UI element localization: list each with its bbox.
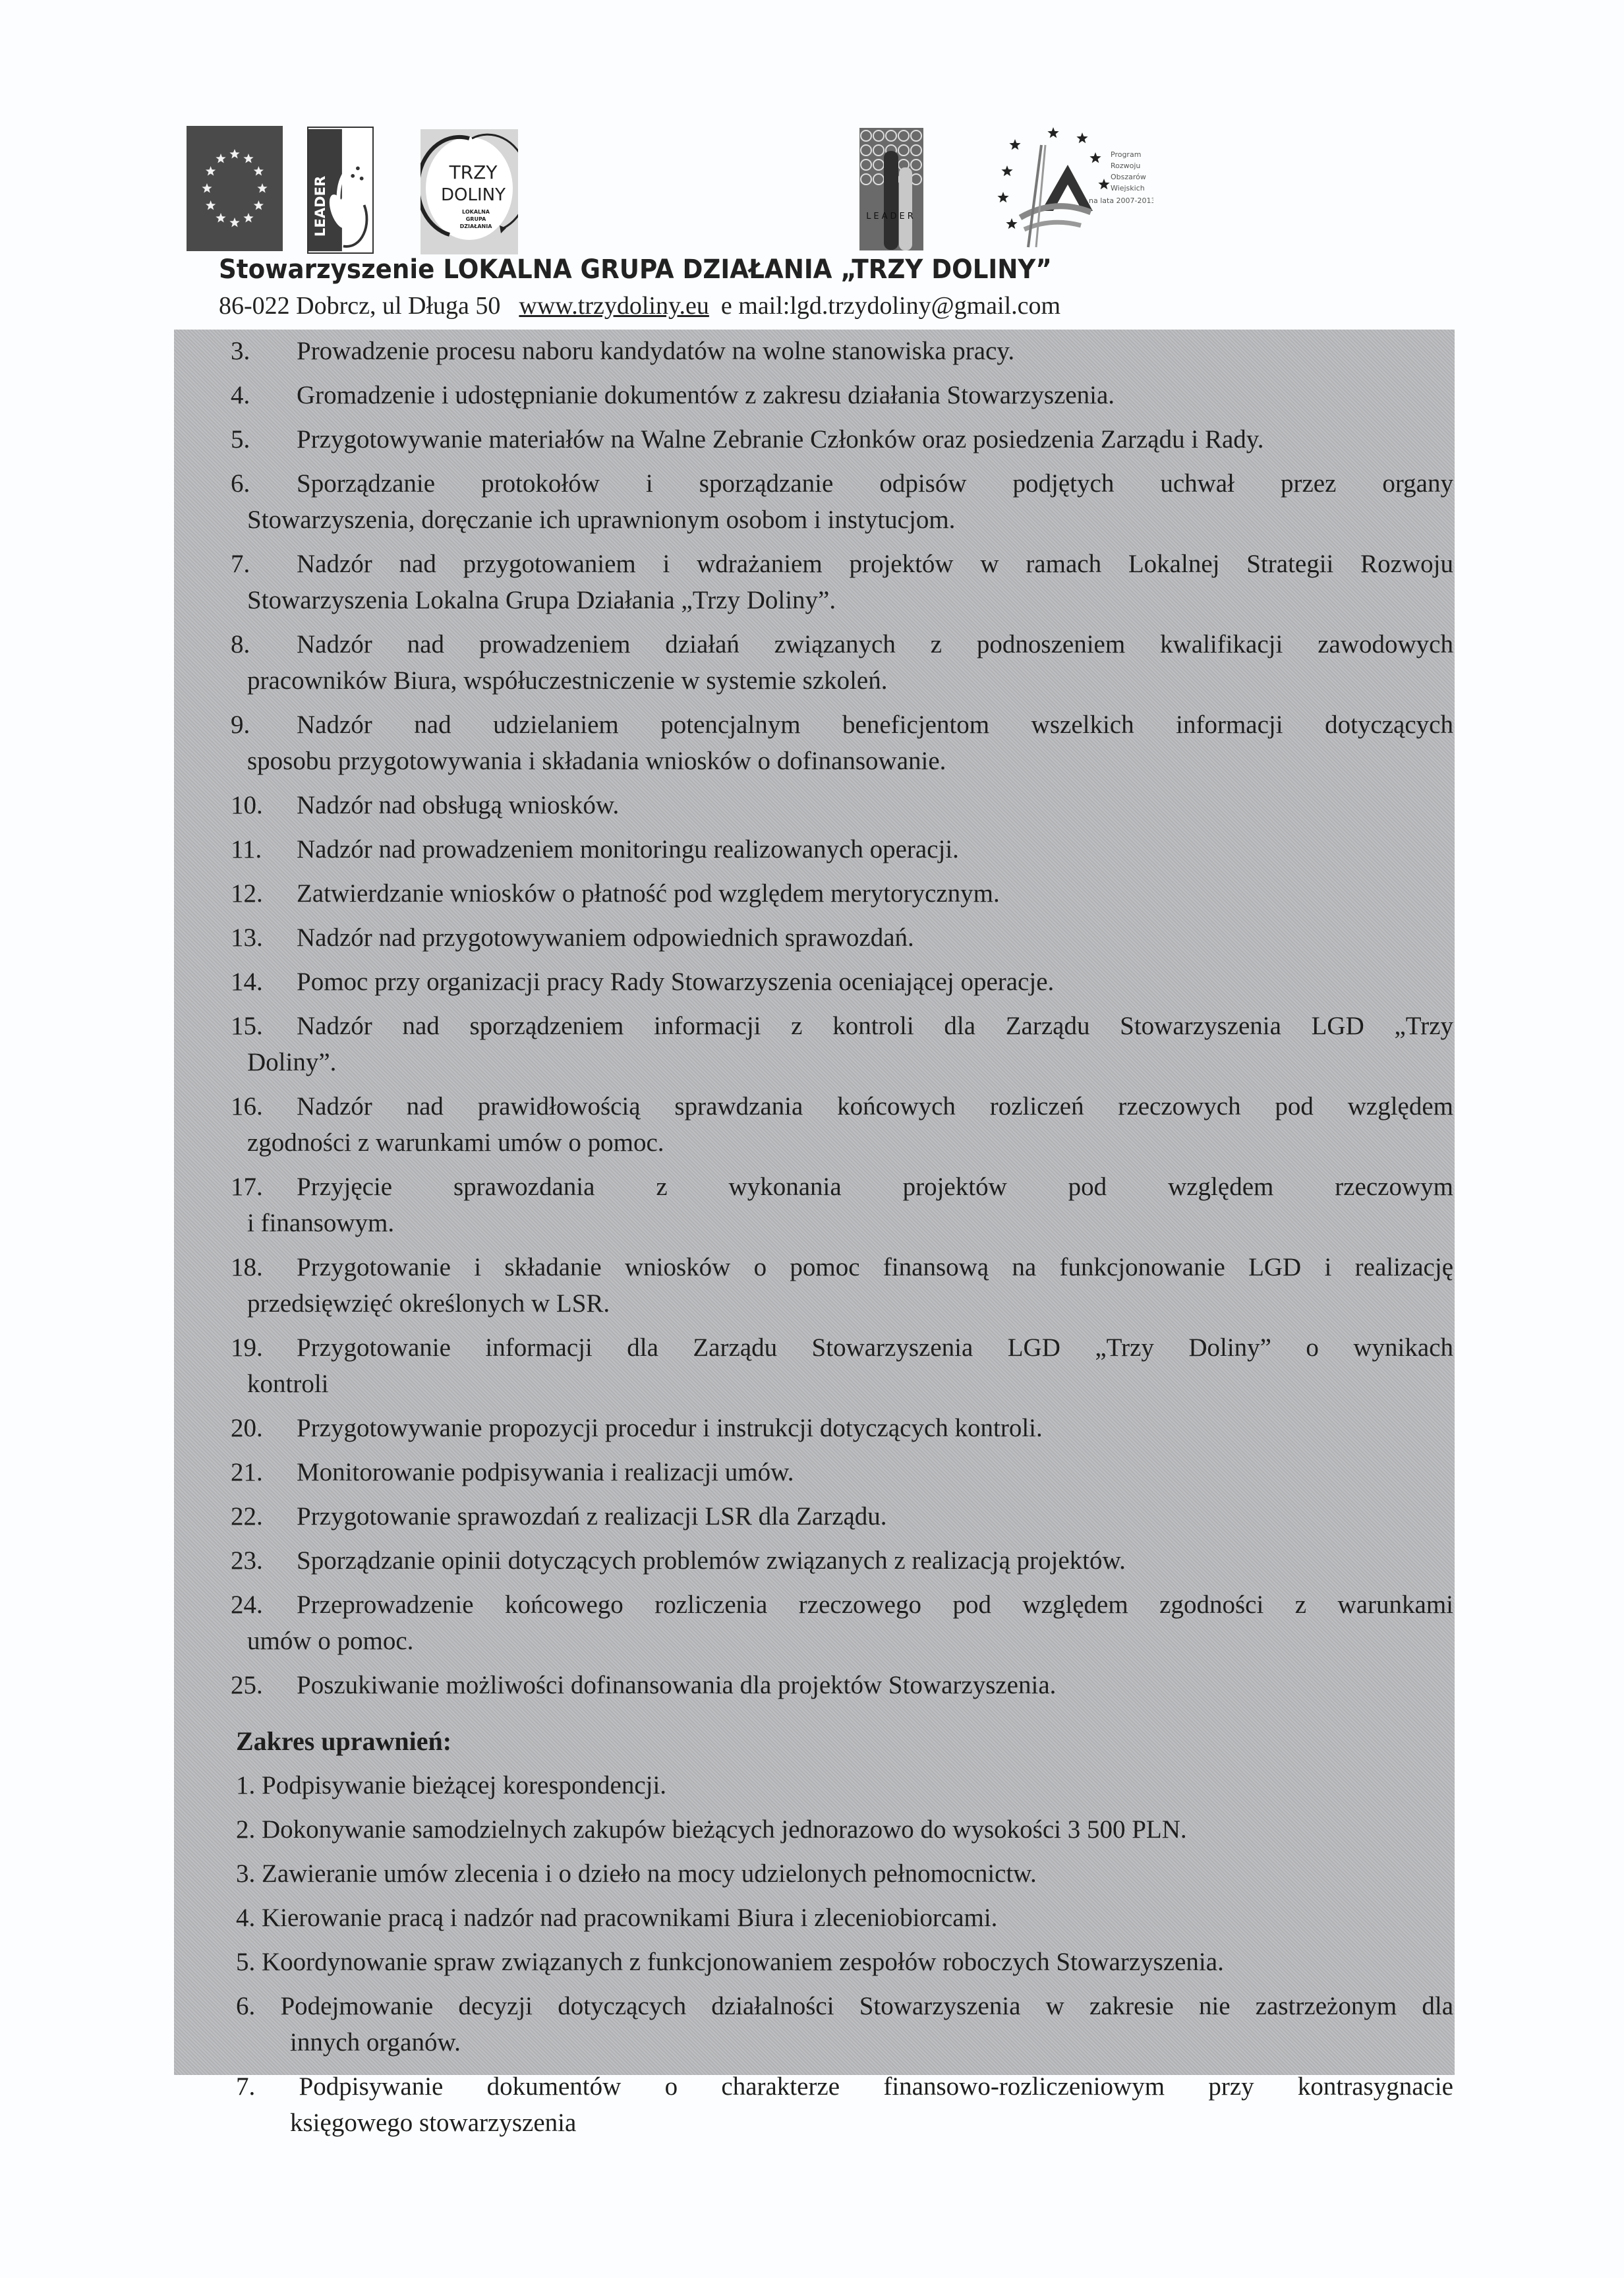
permission-text: 2. Dokonywanie samodzielnych zakupów bie… (236, 1811, 1453, 1848)
svg-text:GRUPA: GRUPA (466, 216, 486, 222)
permission-text: 1. Podpisywanie bieżącej korespondencji. (236, 1767, 1453, 1803)
contact-line: 86-022 Dobrcz, ul Długa 50www.trzydoliny… (219, 291, 1060, 320)
svg-text:Obszarów: Obszarów (1111, 173, 1146, 181)
duty-number: 16. (231, 1088, 263, 1124)
duty-number: 23. (231, 1542, 263, 1579)
permission-text: 7. Podpisywanie dokumentów o charakterze… (236, 2068, 1453, 2105)
leader-logo-right: LEADER (859, 128, 923, 250)
duty-item: 13.Nadzór nad przygotowywaniem odpowiedn… (231, 920, 1453, 956)
duty-text: Nadzór nad przygotowywaniem odpowiednich… (297, 923, 914, 952)
duty-number: 21. (231, 1454, 263, 1490)
duty-text: Przygotowywanie propozycji procedur i in… (297, 1414, 1043, 1442)
duty-item: 17.Przyjęcie sprawozdania z wykonania pr… (231, 1169, 1453, 1241)
prow-logo: Program Rozwoju Obszarów Wiejskich na la… (975, 119, 1153, 250)
svg-text:LEADER: LEADER (866, 212, 916, 221)
duty-text: Nadzór nad obsługą wniosków. (297, 791, 619, 819)
duty-item: 25.Poszukiwanie możliwości dofinansowani… (231, 1667, 1453, 1703)
duty-number: 13. (231, 920, 263, 956)
duty-number: 6. (231, 465, 250, 502)
leader-vertical-text: LEADER (312, 176, 328, 237)
duty-text: Przygotowanie sprawozdań z realizacji LS… (297, 1502, 887, 1531)
duty-text: Gromadzenie i udostępnianie dokumentów z… (297, 381, 1115, 409)
org-prefix: Stowarzyszenie (219, 254, 434, 285)
duty-text: Prowadzenie procesu naboru kandydatów na… (297, 337, 1014, 365)
duty-text: Nadzór nad prawidłowością sprawdzania ko… (297, 1088, 1453, 1124)
duty-number: 20. (231, 1410, 263, 1446)
duty-text: Poszukiwanie możliwości dofinansowania d… (297, 1671, 1056, 1699)
doliny-text: DOLINY (441, 185, 506, 205)
permission-item: 4. Kierowanie pracą i nadzór nad pracown… (231, 1900, 1453, 1936)
duty-text: Sporządzanie opinii dotyczących problemó… (297, 1546, 1126, 1575)
duty-item: 23.Sporządzanie opinii dotyczących probl… (231, 1542, 1453, 1579)
duty-number: 5. (231, 421, 250, 457)
duty-number: 7. (231, 546, 250, 582)
trzy-text: TRZY (449, 161, 498, 183)
duty-number: 14. (231, 964, 263, 1000)
duty-item: 15.Nadzór nad sporządzeniem informacji z… (231, 1008, 1453, 1080)
duty-text: Przygotowanie i składanie wniosków o pom… (297, 1249, 1453, 1285)
permission-item: 2. Dokonywanie samodzielnych zakupów bie… (231, 1811, 1453, 1848)
duty-number: 22. (231, 1498, 263, 1534)
permission-text-continued: innych organów. (236, 2024, 1453, 2060)
leader-logo-left: LEADER (307, 127, 374, 254)
svg-text:Rozwoju: Rozwoju (1111, 161, 1140, 170)
duty-number: 11. (231, 831, 262, 867)
organization-name: StowarzyszenieLOKALNA GRUPA DZIAŁANIA „T… (219, 254, 1052, 285)
duty-text: Sporządzanie protokołów i sporządzanie o… (297, 465, 1453, 502)
duty-number: 9. (231, 707, 250, 743)
duty-number: 10. (231, 787, 263, 823)
duty-item: 16.Nadzór nad prawidłowością sprawdzania… (231, 1088, 1453, 1161)
duty-item: 22.Przygotowanie sprawozdań z realizacji… (231, 1498, 1453, 1534)
permissions-list: 1. Podpisywanie bieżącej korespondencji.… (231, 1767, 1453, 2141)
permission-item: 1. Podpisywanie bieżącej korespondencji. (231, 1767, 1453, 1803)
duty-number: 4. (231, 377, 250, 413)
duty-text-continued: zgodności z warunkami umów o pomoc. (247, 1124, 1453, 1161)
duty-text-continued: pracowników Biura, współuczestniczenie w… (247, 662, 1453, 699)
permission-text: 6. Podejmowanie decyzji dotyczących dzia… (236, 1988, 1453, 2024)
email[interactable]: e mail:lgd.trzydoliny@gmail.com (721, 292, 1060, 320)
duty-item: 14.Pomoc przy organizacji pracy Rady Sto… (231, 964, 1453, 1000)
duty-text-continued: przedsięwzięć określonych w LSR. (247, 1285, 1453, 1322)
duty-text-continued: umów o pomoc. (247, 1623, 1453, 1659)
duty-text-continued: kontroli (247, 1366, 1453, 1402)
duty-text: Nadzór nad prowadzeniem działań związany… (297, 626, 1453, 662)
duty-text: Pomoc przy organizacji pracy Rady Stowar… (297, 968, 1054, 996)
duty-number: 3. (231, 333, 250, 369)
duty-number: 17. (231, 1169, 263, 1205)
website-link[interactable]: www.trzydoliny.eu (519, 292, 709, 320)
permission-text: 5. Koordynowanie spraw związanych z funk… (236, 1944, 1453, 1980)
document-body: 3.Prowadzenie procesu naboru kandydatów … (231, 333, 1453, 2149)
permissions-heading: Zakres uprawnień: (231, 1723, 1453, 1759)
duty-item: 24.Przeprowadzenie końcowego rozliczenia… (231, 1587, 1453, 1659)
duty-number: 18. (231, 1249, 263, 1285)
duty-number: 15. (231, 1008, 263, 1044)
duty-text: Zatwierdzanie wniosków o płatność pod wz… (297, 879, 1000, 908)
duty-number: 24. (231, 1587, 263, 1623)
duty-text: Przygotowanie informacji dla Zarządu Sto… (297, 1329, 1453, 1366)
duty-text: Przyjęcie sprawozdania z wykonania proje… (297, 1169, 1453, 1205)
duty-text-continued: Stowarzyszenia, doręczanie ich uprawnion… (247, 502, 1453, 538)
duty-text: Nadzór nad prowadzeniem monitoringu real… (297, 835, 959, 863)
permission-item: 5. Koordynowanie spraw związanych z funk… (231, 1944, 1453, 1980)
permission-item: 3. Zawieranie umów zlecenia i o dzieło n… (231, 1855, 1453, 1892)
duty-item: 3.Prowadzenie procesu naboru kandydatów … (231, 333, 1453, 369)
svg-text:Program: Program (1111, 150, 1141, 159)
duty-item: 12.Zatwierdzanie wniosków o płatność pod… (231, 875, 1453, 912)
svg-text:Wiejskich: Wiejskich (1111, 184, 1145, 192)
svg-text:DZIAŁANIA: DZIAŁANIA (460, 223, 493, 229)
duty-item: 11.Nadzór nad prowadzeniem monitoringu r… (231, 831, 1453, 867)
duty-text-continued: Doliny”. (247, 1044, 1453, 1080)
svg-text:na lata 2007-2013: na lata 2007-2013 (1089, 196, 1153, 205)
duty-text: Przeprowadzenie końcowego rozliczenia rz… (297, 1587, 1453, 1623)
permission-item: 6. Podejmowanie decyzji dotyczących dzia… (231, 1988, 1453, 2060)
trzy-doliny-logo: TRZY DOLINY LOKALNA GRUPA DZIAŁANIA (420, 129, 518, 254)
eu-stars-icon (187, 126, 283, 251)
permission-text: 3. Zawieranie umów zlecenia i o dzieło n… (236, 1855, 1453, 1892)
duty-item: 7.Nadzór nad przygotowaniem i wdrażaniem… (231, 546, 1453, 618)
duty-item: 9.Nadzór nad udzielaniem potencjalnym be… (231, 707, 1453, 779)
duty-number: 12. (231, 875, 263, 912)
duty-text: Monitorowanie podpisywania i realizacji … (297, 1458, 794, 1486)
duty-item: 18.Przygotowanie i składanie wniosków o … (231, 1249, 1453, 1322)
address: 86-022 Dobrcz, ul Długa 50 (219, 292, 500, 320)
duty-text: Przygotowywanie materiałów na Walne Zebr… (297, 425, 1264, 453)
duty-item: 8.Nadzór nad prowadzeniem działań związa… (231, 626, 1453, 699)
eu-flag-logo (187, 126, 283, 251)
duty-number: 8. (231, 626, 250, 662)
duty-number: 25. (231, 1667, 263, 1703)
duty-text: Nadzór nad udzielaniem potencjalnym bene… (297, 707, 1453, 743)
permission-text-continued: księgowego stowarzyszenia (236, 2105, 1453, 2141)
duty-item: 5.Przygotowywanie materiałów na Walne Ze… (231, 421, 1453, 457)
permission-text: 4. Kierowanie pracą i nadzór nad pracown… (236, 1900, 1453, 1936)
svg-text:LOKALNA: LOKALNA (462, 209, 490, 215)
duties-list: 3.Prowadzenie procesu naboru kandydatów … (231, 333, 1453, 1703)
permission-item: 7. Podpisywanie dokumentów o charakterze… (231, 2068, 1453, 2141)
duty-item: 21.Monitorowanie podpisywania i realizac… (231, 1454, 1453, 1490)
duty-item: 10.Nadzór nad obsługą wniosków. (231, 787, 1453, 823)
duty-text-continued: i finansowym. (247, 1205, 1453, 1241)
duty-text-continued: sposobu przygotowywania i składania wnio… (247, 743, 1453, 779)
duty-text: Nadzór nad sporządzeniem informacji z ko… (297, 1008, 1453, 1044)
duty-item: 19.Przygotowanie informacji dla Zarządu … (231, 1329, 1453, 1402)
duty-number: 19. (231, 1329, 263, 1366)
org-title: LOKALNA GRUPA DZIAŁANIA „TRZY DOLINY” (443, 254, 1051, 285)
duty-item: 6.Sporządzanie protokołów i sporządzanie… (231, 465, 1453, 538)
duty-item: 4.Gromadzenie i udostępnianie dokumentów… (231, 377, 1453, 413)
duty-text: Nadzór nad przygotowaniem i wdrażaniem p… (297, 546, 1453, 582)
duty-text-continued: Stowarzyszenia Lokalna Grupa Działania „… (247, 582, 1453, 618)
duty-item: 20.Przygotowywanie propozycji procedur i… (231, 1410, 1453, 1446)
